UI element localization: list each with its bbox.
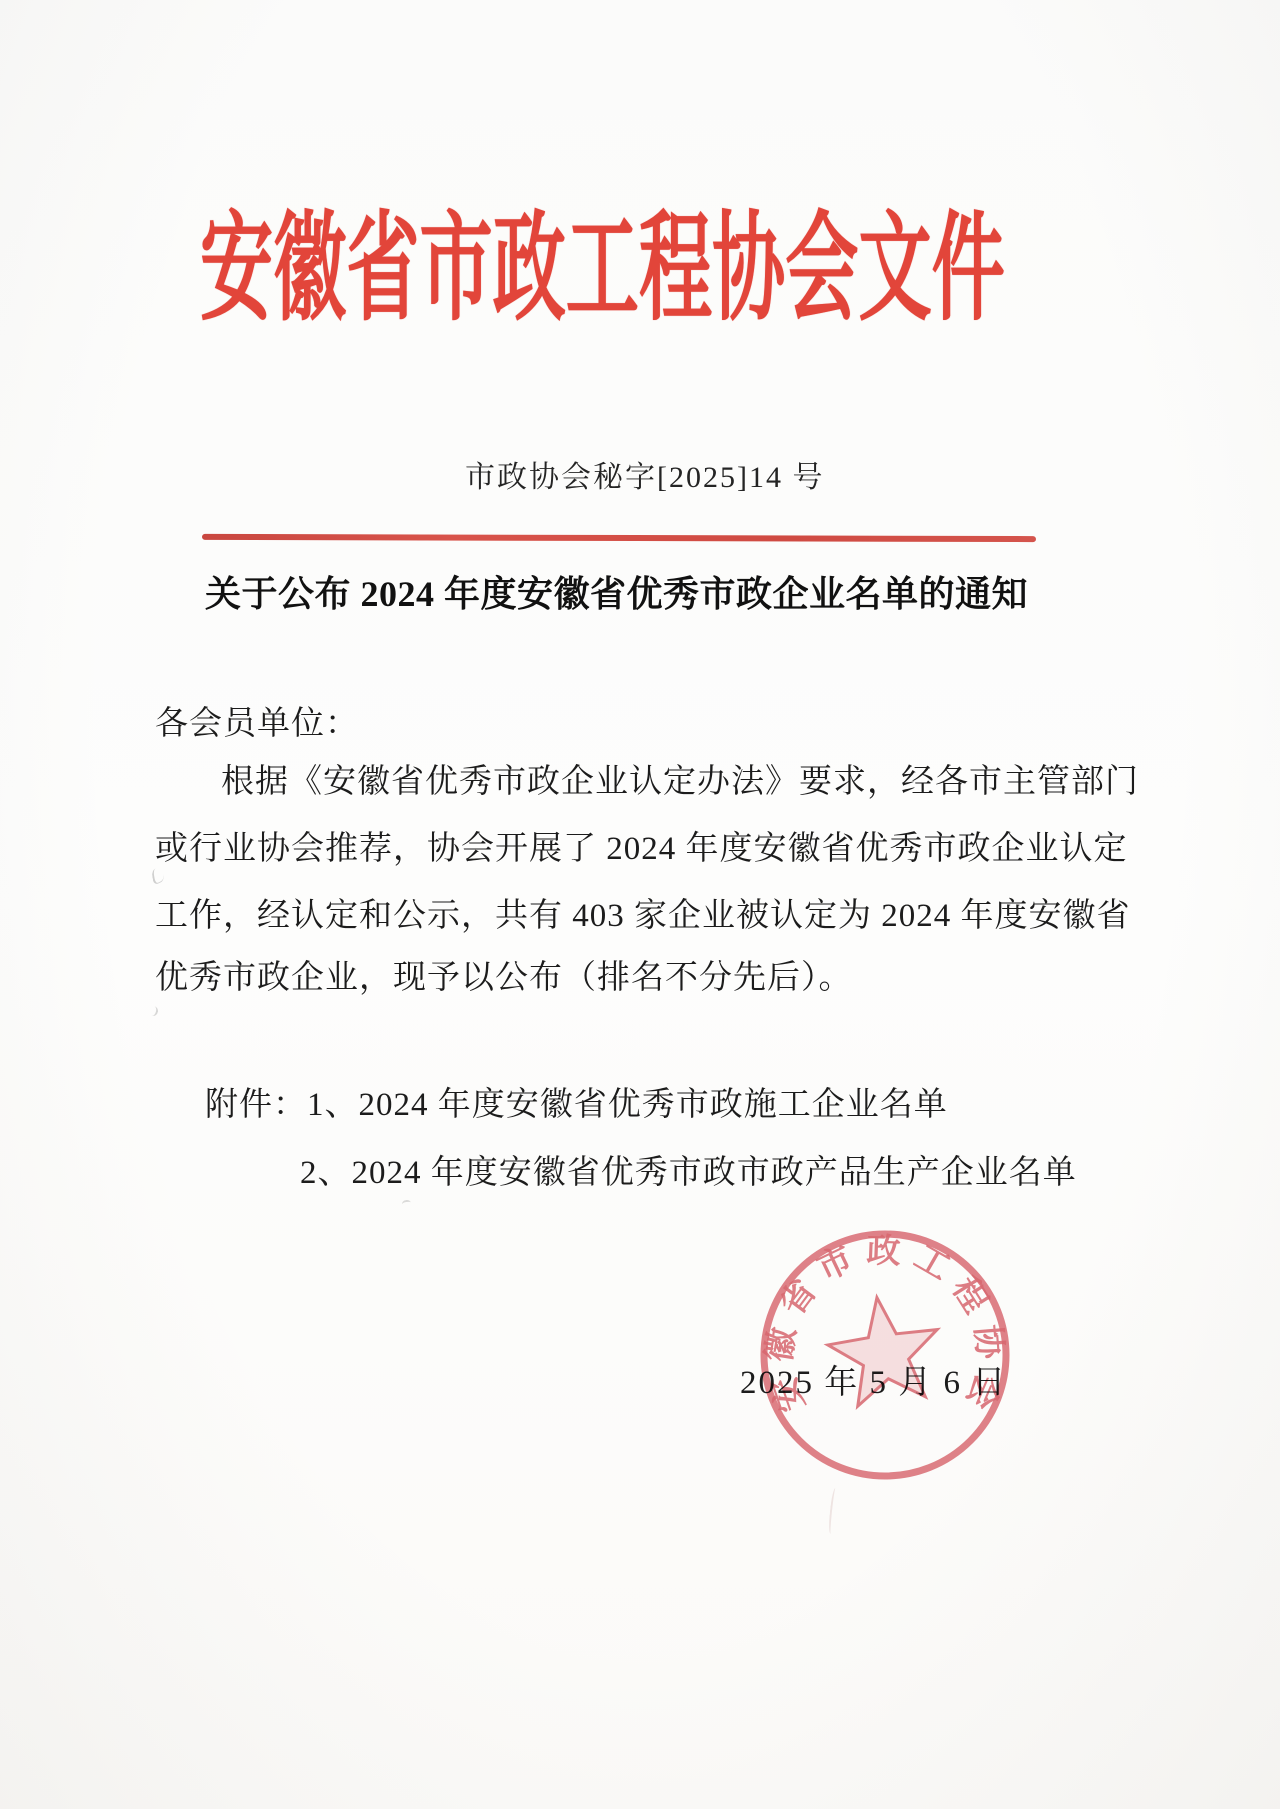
- notice-title: 关于公布 2024 年度安徽省优秀市政企业名单的通知: [205, 566, 1028, 617]
- scan-artifact: [147, 1005, 159, 1017]
- attachment-line-1: 附件：1、2024 年度安徽省优秀市政施工企业名单: [205, 1078, 948, 1125]
- red-divider-line: [202, 534, 1036, 542]
- attachment-item: 1、2024 年度安徽省优秀市政施工企业名单: [307, 1087, 948, 1123]
- attachments-label: 附件：: [205, 1087, 307, 1123]
- letterhead-title: 安徽省市政工程协会文件: [200, 208, 1005, 332]
- scanned-document-page: 安徽省市政工程协会文件 市政协会秘字[2025]14 号 关于公布 2024 年…: [0, 0, 1280, 1809]
- star-icon: [822, 1290, 946, 1409]
- scan-artifact: [401, 1199, 411, 1207]
- official-seal-stamp: 安徽省市政工程协会: [745, 1215, 1025, 1495]
- attachment-line-2: 2、2024 年度安徽省优秀市政市政产品生产企业名单: [300, 1146, 1077, 1193]
- body-line: 根据《安徽省优秀市政企业认定办法》要求，经各市主管部门: [221, 755, 1139, 802]
- seal-graphic: 安徽省市政工程协会: [760, 1232, 1009, 1476]
- body-line: 优秀市政企业，现予以公布（排名不分先后）。: [155, 951, 853, 998]
- document-number: 市政协会秘字[2025]14 号: [465, 452, 824, 496]
- salutation: 各会员单位：: [155, 697, 359, 744]
- body-line: 或行业协会推荐，协会开展了 2024 年度安徽省优秀市政企业认定: [155, 822, 1128, 869]
- attachment-item: 2、2024 年度安徽省优秀市政市政产品生产企业名单: [300, 1155, 1077, 1191]
- body-line: 工作，经认定和公示，共有 403 家企业被认定为 2024 年度安徽省: [155, 889, 1131, 936]
